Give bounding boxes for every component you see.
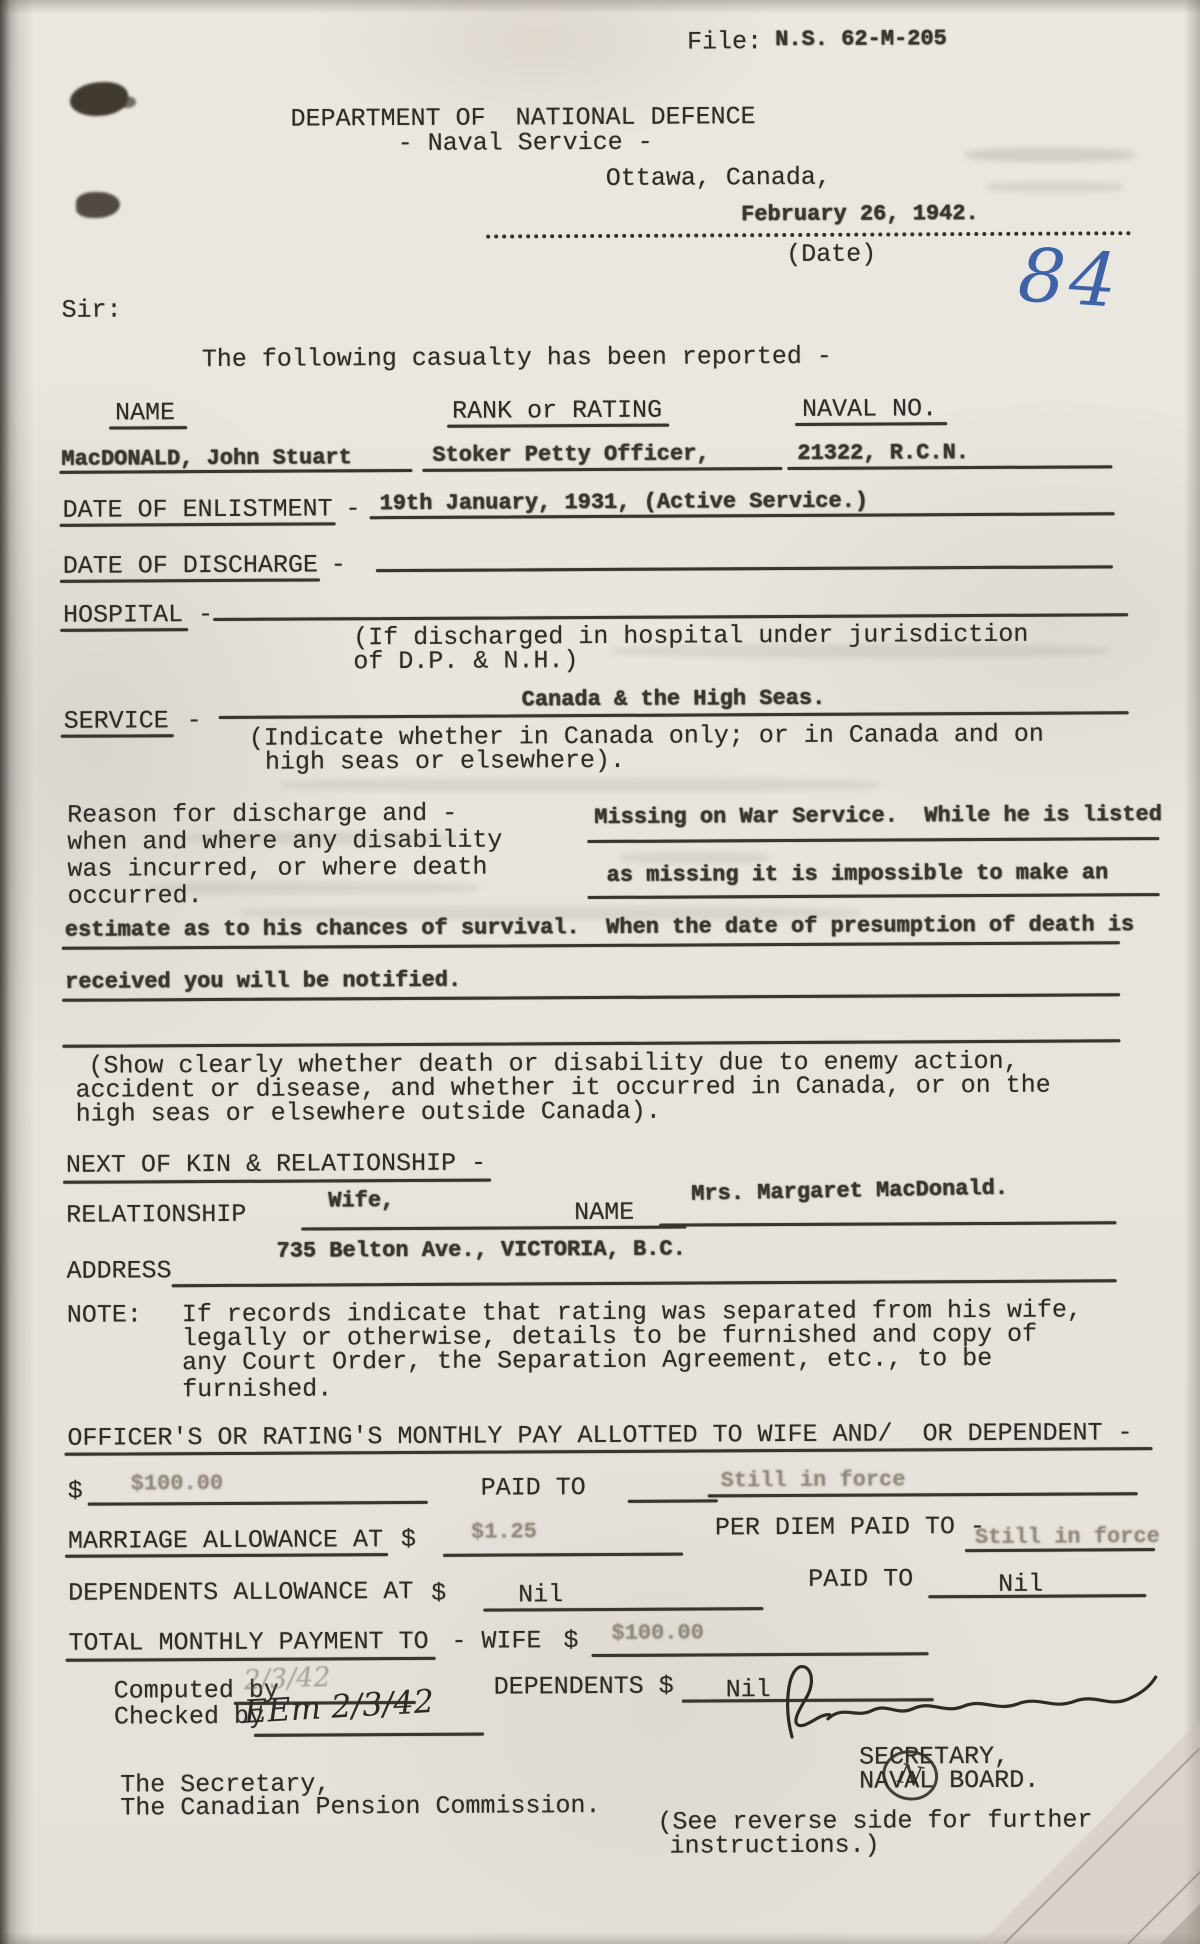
reason-label-2: when and where any disability [67, 828, 502, 857]
col-header-naval: NAVAL NO. [802, 396, 937, 423]
blank-line [62, 941, 1120, 950]
reverse-note-2: instructions.) [670, 1833, 880, 1860]
blank-line [172, 1279, 1117, 1287]
blank-line [443, 1553, 683, 1557]
hospital-label: HOSPITAL [63, 602, 183, 629]
date-caption: (Date) [786, 242, 876, 269]
entry-line [59, 469, 412, 474]
torn-spot [118, 96, 136, 108]
service-note-2: high seas or elsewhere). [265, 748, 625, 776]
kin-note-label: NOTE: [67, 1302, 142, 1329]
total-dash: - [451, 1629, 466, 1655]
reason-note-3: high seas or elsewhere outside Canada). [76, 1099, 661, 1128]
dependents-dollar-sign: $ [659, 1674, 674, 1700]
casualty-naval-no: 21322, R.C.N. [797, 441, 969, 465]
address-value: 735 Belton Ave., VICTORIA, B.C. [276, 1238, 685, 1263]
blank-line [376, 565, 1113, 572]
address-label: ADDRESS [67, 1258, 172, 1285]
dependents-allowance-dollar: $ [431, 1581, 446, 1607]
hospital-dash: - [198, 602, 213, 628]
amount-value: $100.00 [131, 1472, 224, 1496]
signature-handwriting [774, 1655, 1164, 1752]
casualty-rank: Stoker Petty Officer, [432, 442, 709, 467]
reason-value-1: Missing on War Service. While he is list… [594, 803, 1162, 829]
per-diem-value: Still in force [975, 1525, 1160, 1549]
reason-label-1: Reason for discharge and - [67, 801, 457, 829]
total-payment-label: TOTAL MONTHLY PAYMENT TO [68, 1629, 428, 1657]
total-value: $100.00 [611, 1621, 704, 1645]
reason-label-4: occurred. [68, 883, 203, 910]
reason-value-3: estimate as to his chances of survival. … [65, 913, 1134, 942]
col-header-name: NAME [115, 400, 175, 427]
hospital-note-2: of D.P. & N.H.) [353, 648, 578, 675]
label-underline [60, 522, 336, 526]
total-dollar-sign: $ [563, 1628, 578, 1654]
date-stamp: February 26, 1942. [741, 202, 979, 226]
salutation: Sir: [61, 297, 121, 324]
file-label: File: [687, 29, 762, 56]
intro-line: The following casualty has been reported… [202, 344, 832, 374]
marriage-dollar-sign: $ [401, 1527, 416, 1553]
service-label: SERVICE [64, 708, 169, 735]
kin-heading: NEXT OF KIN & RELATIONSHIP - [66, 1151, 486, 1179]
reason-value-2: as missing it is impossible to make an [606, 861, 1108, 887]
label-underline [61, 734, 174, 738]
entry-line [787, 465, 1112, 470]
kin-name-value: Mrs. Margaret MacDonald. [691, 1177, 1008, 1206]
enlistment-value: 19th January, 1931, (Active Service.) [379, 490, 868, 516]
dependents-label: DEPENDENTS [494, 1674, 644, 1701]
marriage-allowance-label: MARRIAGE ALLOWANCE AT [68, 1527, 383, 1555]
dependents-allowance-label: DEPENDENTS ALLOWANCE AT [68, 1579, 413, 1607]
total-wife-label: WIFE [481, 1628, 541, 1655]
reason-value-4: received you will be notified. [65, 969, 461, 994]
blank-line [483, 1607, 763, 1611]
blank-line [88, 1501, 428, 1506]
dependents-allowance-value: Nil [518, 1582, 563, 1608]
blank-line [254, 1733, 484, 1737]
city-line: Ottawa, Canada, [606, 165, 831, 192]
casualty-name: MacDONALD, John Stuart [61, 446, 352, 471]
discharge-label: DATE OF DISCHARGE [63, 552, 318, 580]
kin-note-3: any Court Order, the Separation Agreemen… [182, 1346, 992, 1376]
marriage-allowance-value: $1.25 [471, 1520, 537, 1543]
scanned-document-page: File: N.S. 62-M-205 DEPARTMENT OF NATION… [0, 0, 1200, 1944]
relationship-label: RELATIONSHIP [66, 1202, 246, 1229]
blank-line [659, 1221, 1116, 1226]
blank-line [587, 837, 1159, 843]
blank-line [965, 1548, 1155, 1552]
reason-label-3: was incurred, or where death [67, 855, 487, 883]
blank-line [628, 1499, 718, 1502]
blank-line [928, 1594, 1146, 1598]
addressee-line-2: The Canadian Pension Commission. [120, 1793, 600, 1822]
document-sheet: File: N.S. 62-M-205 DEPARTMENT OF NATION… [0, 0, 1200, 1944]
label-underline [60, 628, 188, 632]
page-number-handwritten: 84 [1016, 232, 1124, 324]
header-underline [795, 422, 947, 426]
paid-to-value: Still in force [721, 1468, 906, 1492]
header-underline [447, 424, 669, 428]
service-subtitle: - Naval Service - [398, 130, 653, 158]
discharge-dash: - [331, 552, 346, 578]
service-dash: - [187, 708, 202, 734]
kin-note-4: furnished. [182, 1376, 332, 1403]
header-underline [109, 426, 187, 429]
amount-dollar-sign: $ [68, 1479, 83, 1505]
label-underline [60, 578, 320, 582]
enlistment-label: DATE OF ENLISTMENT [63, 496, 333, 524]
checked-by-label: Checked by [114, 1704, 264, 1731]
per-diem-label: PER DIEM PAID TO - [715, 1514, 985, 1542]
relationship-value: Wife, [328, 1189, 394, 1212]
label-underline [65, 1553, 388, 1558]
service-value: Canada & the High Seas. [522, 687, 826, 712]
label-underline [66, 1657, 436, 1662]
circled-letter-text: N [896, 1758, 925, 1793]
paid-to-label: PAID TO [481, 1475, 586, 1502]
blank-line [588, 893, 1160, 899]
kin-name-label: NAME [574, 1200, 634, 1227]
entry-line [422, 467, 782, 472]
file-number: N.S. 62-M-205 [775, 27, 947, 51]
col-header-rank: RANK or RATING [452, 398, 662, 425]
blank-line [219, 711, 1129, 719]
blank-line [62, 993, 1120, 1002]
enlistment-dash: - [346, 496, 361, 522]
dependents-paid-to-label: PAID TO [808, 1566, 913, 1593]
